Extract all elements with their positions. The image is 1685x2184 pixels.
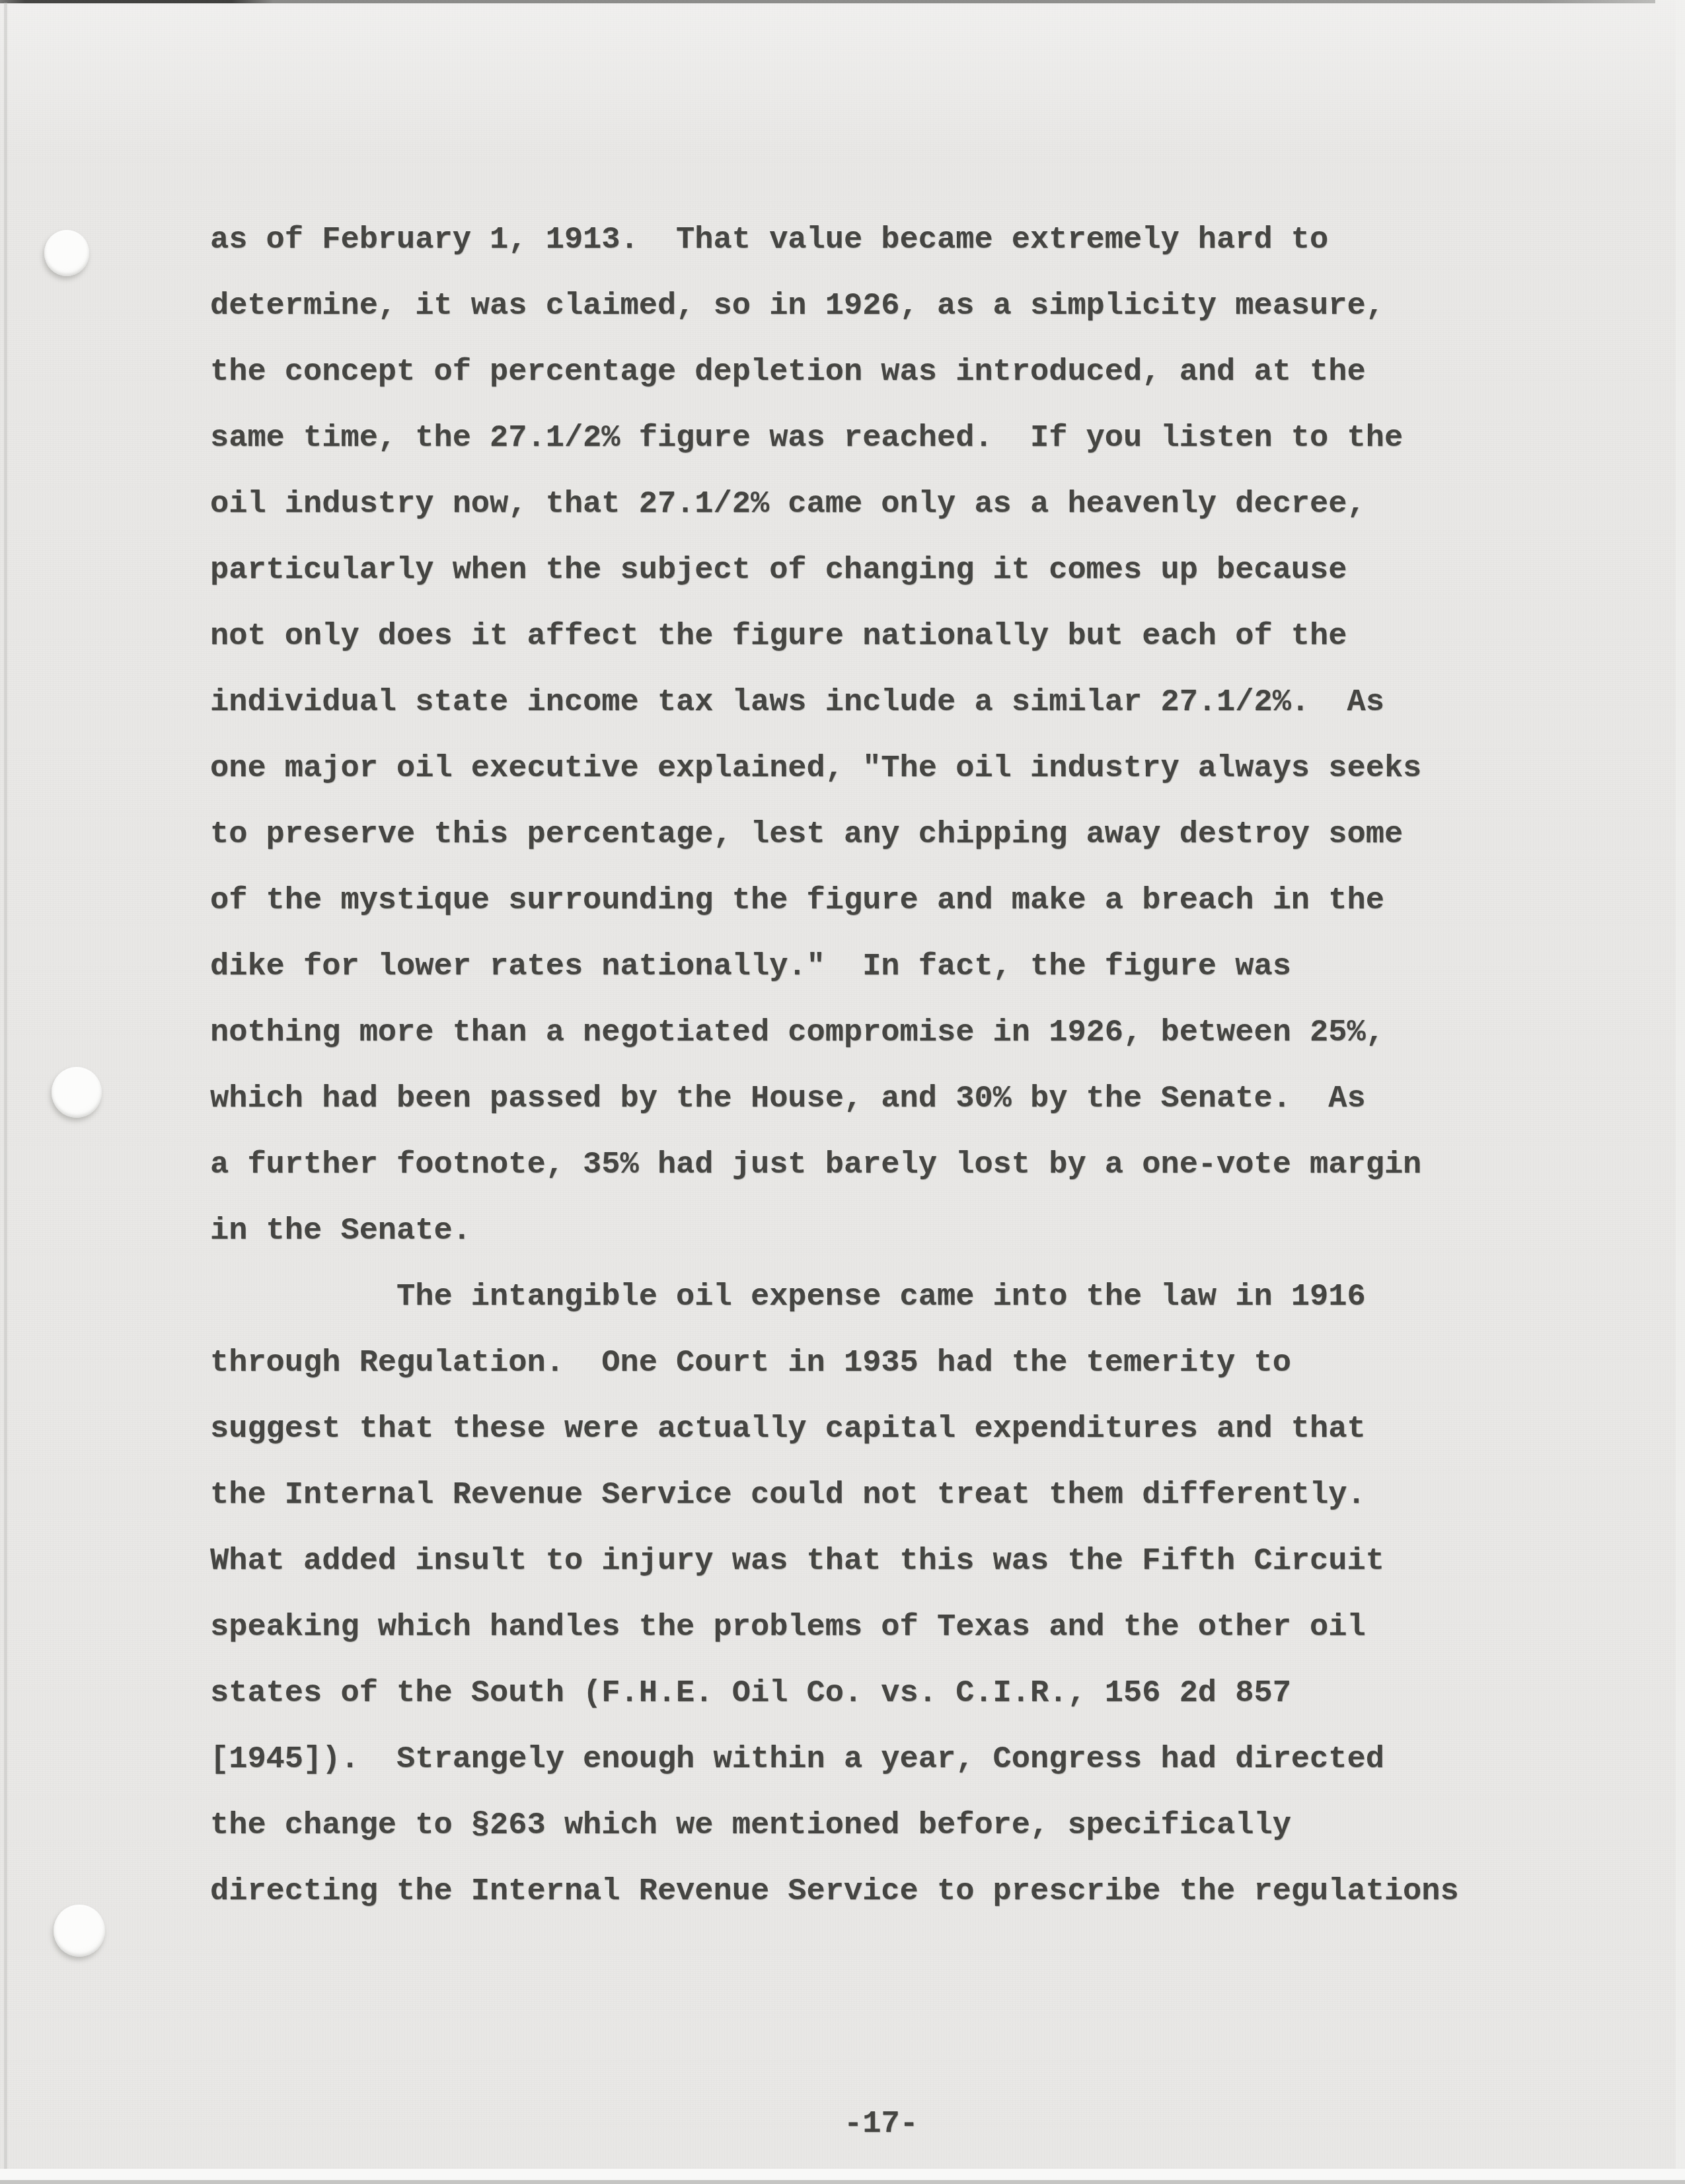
hole-punch-bottom	[54, 1905, 105, 1957]
page-number: -17-	[844, 2092, 918, 2158]
text-line: the concept of percentage depletion was …	[210, 340, 1532, 406]
text-line: oil industry now, that 27.1/2% came only…	[210, 472, 1532, 538]
text-line: the Internal Revenue Service could not t…	[210, 1463, 1532, 1529]
text-line: a further footnote, 35% had just barely …	[210, 1132, 1532, 1198]
text-line: the change to §263 which we mentioned be…	[210, 1793, 1532, 1859]
text-line: dike for lower rates nationally." In fac…	[210, 934, 1532, 1000]
scan-strip-bottom-dark	[0, 2180, 1685, 2184]
text-line: individual state income tax laws include…	[210, 670, 1532, 736]
scan-strip-bottom-light	[0, 2169, 1685, 2180]
scan-strip-right	[1676, 0, 1685, 2184]
text-line: of the mystique surrounding the figure a…	[210, 868, 1532, 934]
text-line: one major oil executive explained, "The …	[210, 736, 1532, 802]
text-line: to preserve this percentage, lest any ch…	[210, 802, 1532, 868]
text-line: not only does it affect the figure natio…	[210, 604, 1532, 670]
text-line: determine, it was claimed, so in 1926, a…	[210, 273, 1532, 340]
scan-edge-left	[4, 3, 7, 2184]
text-line: in the Senate.	[210, 1198, 1532, 1264]
hole-punch-top	[44, 230, 89, 276]
text-line: which had been passed by the House, and …	[210, 1066, 1532, 1132]
scan-edge-top	[0, 0, 1655, 3]
text-line: states of the South (F.H.E. Oil Co. vs. …	[210, 1661, 1532, 1727]
text-line: directing the Internal Revenue Service t…	[210, 1859, 1532, 1925]
text-line: same time, the 27.1/2% figure was reache…	[210, 406, 1532, 472]
text-line: speaking which handles the problems of T…	[210, 1595, 1532, 1661]
text-line: What added insult to injury was that thi…	[210, 1529, 1532, 1595]
text-line: The intangible oil expense came into the…	[210, 1264, 1532, 1330]
text-line: suggest that these were actually capital…	[210, 1397, 1532, 1463]
text-line: nothing more than a negotiated compromis…	[210, 1000, 1532, 1066]
text-line: particularly when the subject of changin…	[210, 538, 1532, 604]
document-body-text: as of February 1, 1913. That value becam…	[210, 207, 1532, 1925]
hole-punch-middle	[52, 1067, 102, 1118]
text-line: [1945]). Strangely enough within a year,…	[210, 1727, 1532, 1793]
scanned-document-page: as of February 1, 1913. That value becam…	[0, 0, 1685, 2184]
text-line: through Regulation. One Court in 1935 ha…	[210, 1330, 1532, 1397]
text-line: as of February 1, 1913. That value becam…	[210, 207, 1532, 273]
